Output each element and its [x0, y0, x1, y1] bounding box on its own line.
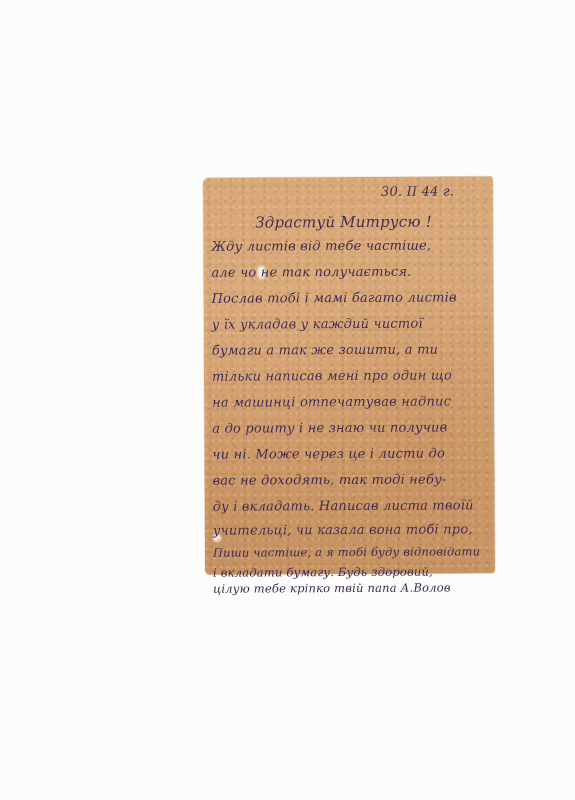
- scanned-page: 30. II 44 г. Здрастуй Митрусю ! Жду лист…: [0, 0, 575, 800]
- letter-line: чи ні. Може через це і листи до: [212, 446, 445, 462]
- letter-line: учительці, чи казала вона тобі про,: [213, 522, 473, 538]
- letter-line: тільки написав мені про один що: [212, 368, 452, 384]
- letter-line: ду і вкладать. Написав листа твоїй: [213, 498, 474, 514]
- letter-line: вас не доходять, так тоді небу-: [213, 472, 447, 488]
- letter-line: і вкладати бумагу. Будь здоровий,: [213, 565, 433, 580]
- letter-line: у їх укладав у каждий чистої: [212, 317, 423, 333]
- letter-line: але чо не так получається.: [211, 265, 411, 281]
- letter-line: а до рошту і не знаю чи получив: [212, 420, 447, 436]
- letter-line: Жду листів від тебе частіше,: [211, 239, 431, 255]
- letter-line: Пиши частіше, а я тобі буду відповідати: [213, 544, 480, 559]
- letter-line: бумаги а так же зошити, а ти: [212, 343, 438, 359]
- letter-greeting: Здрастуй Митрусю !: [255, 213, 432, 232]
- letter-card: 30. II 44 г. Здрастуй Митрусю ! Жду лист…: [203, 176, 495, 575]
- letter-line: Послав тобі і мамі багато листів: [212, 290, 457, 306]
- letter-line: на машинці отпечатував надпис: [212, 394, 451, 410]
- letter-date: 30. II 44 г.: [381, 184, 454, 199]
- letter-signature-line: цілую тебе кріпко твій папа А.Волов: [213, 580, 451, 595]
